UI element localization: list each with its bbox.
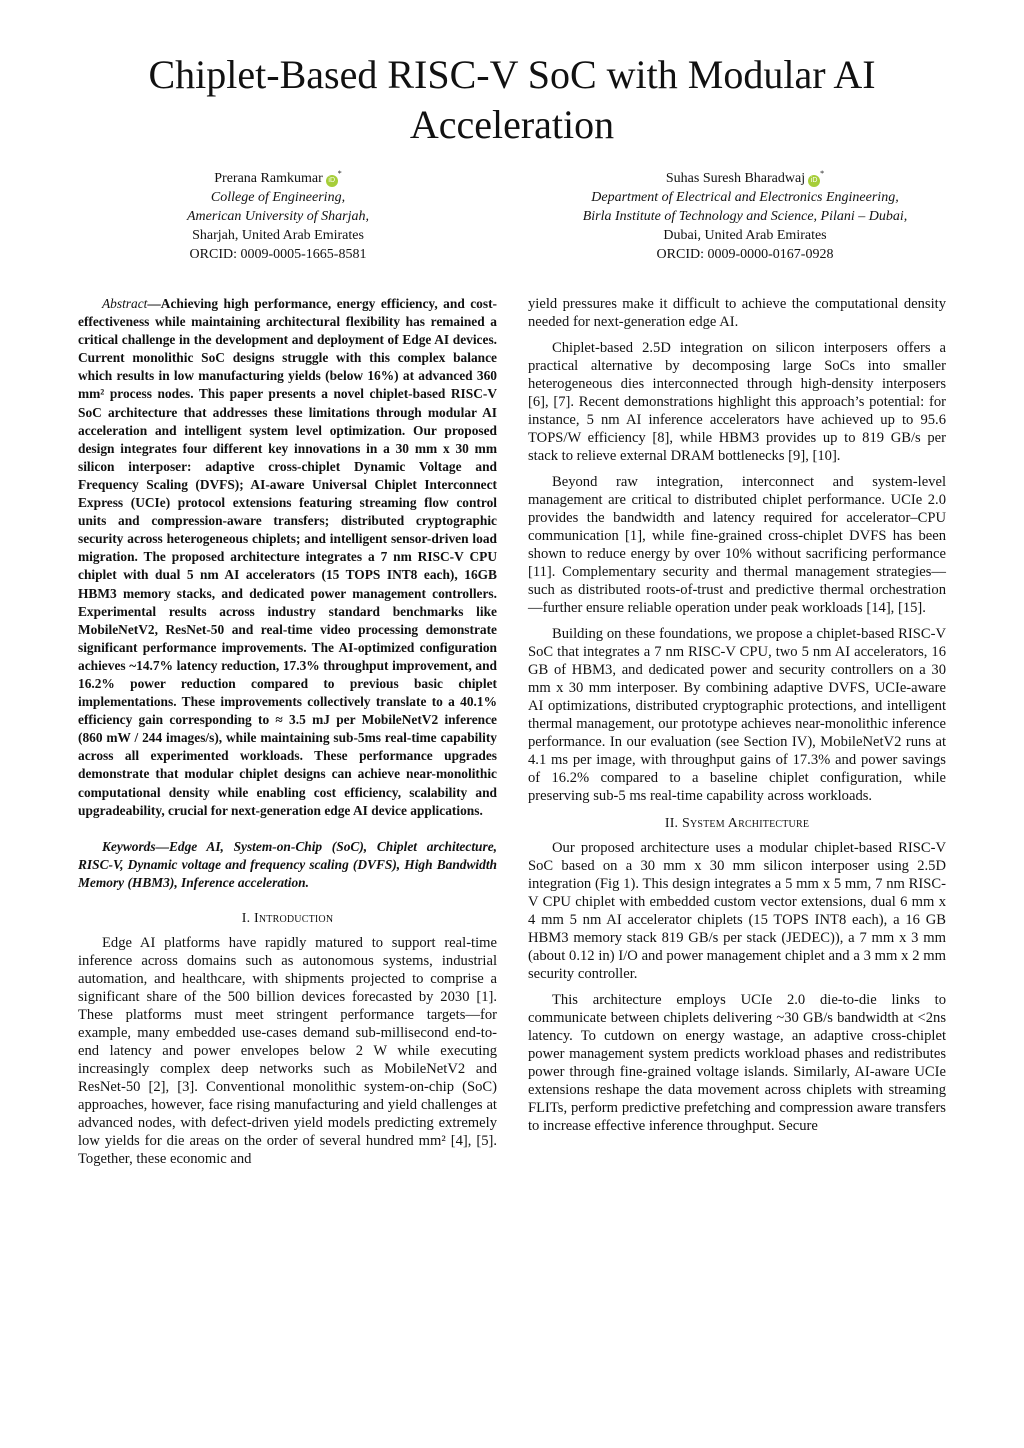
author-affiliation: Department of Electrical and Electronics… [520,188,970,207]
author-1: Prerana RamkumariD* College of Engineeri… [128,164,428,264]
author-2: Suhas Suresh BharadwajiD* Department of … [520,164,970,264]
paragraph: This architecture employs UCIe 2.0 die-t… [528,991,946,1135]
section-heading-system-architecture: II. System Architecture [528,815,946,833]
keywords: Keywords—Edge AI, System-on-Chip (SoC), … [78,838,497,892]
paragraph: Chiplet-based 2.5D integration on silico… [528,339,946,465]
paragraph: Building on these foundations, we propos… [528,625,946,805]
paragraph: yield pressures make it difficult to ach… [528,295,946,331]
author-affiliation: College of Engineering, [128,188,428,207]
author-name: Suhas Suresh Bharadwaj [666,171,805,186]
author-orcid: ORCID: 0009-0000-0167-0928 [520,245,970,264]
author-affiliation: Birla Institute of Technology and Scienc… [520,207,970,226]
author-orcid: ORCID: 0009-0005-1665-8581 [128,245,428,264]
paragraph: Beyond raw integration, interconnect and… [528,473,946,617]
abstract-label: Abstract [102,296,147,311]
author-name: Prerana Ramkumar [214,171,322,186]
author-location: Dubai, United Arab Emirates [520,226,970,245]
paragraph: Edge AI platforms have rapidly matured t… [78,934,497,1168]
asterisk-mark: * [338,169,342,178]
author-affiliation: American University of Sharjah, [128,207,428,226]
paper-title: Chiplet-Based RISC-V SoC with Modular AI… [60,50,964,150]
asterisk-mark: * [820,169,824,178]
author-block: Prerana RamkumariD* College of Engineeri… [0,164,1024,264]
orcid-icon[interactable]: iD [808,175,820,187]
right-column: yield pressures make it difficult to ach… [528,295,946,1143]
left-column: Abstract—Achieving high performance, ene… [78,295,497,1176]
abstract: Abstract—Achieving high performance, ene… [78,295,497,820]
author-location: Sharjah, United Arab Emirates [128,226,428,245]
orcid-icon[interactable]: iD [326,175,338,187]
paragraph: Our proposed architecture uses a modular… [528,839,946,983]
section-heading-introduction: I. Introduction [78,910,497,928]
abstract-text: —Achieving high performance, energy effi… [78,296,497,818]
